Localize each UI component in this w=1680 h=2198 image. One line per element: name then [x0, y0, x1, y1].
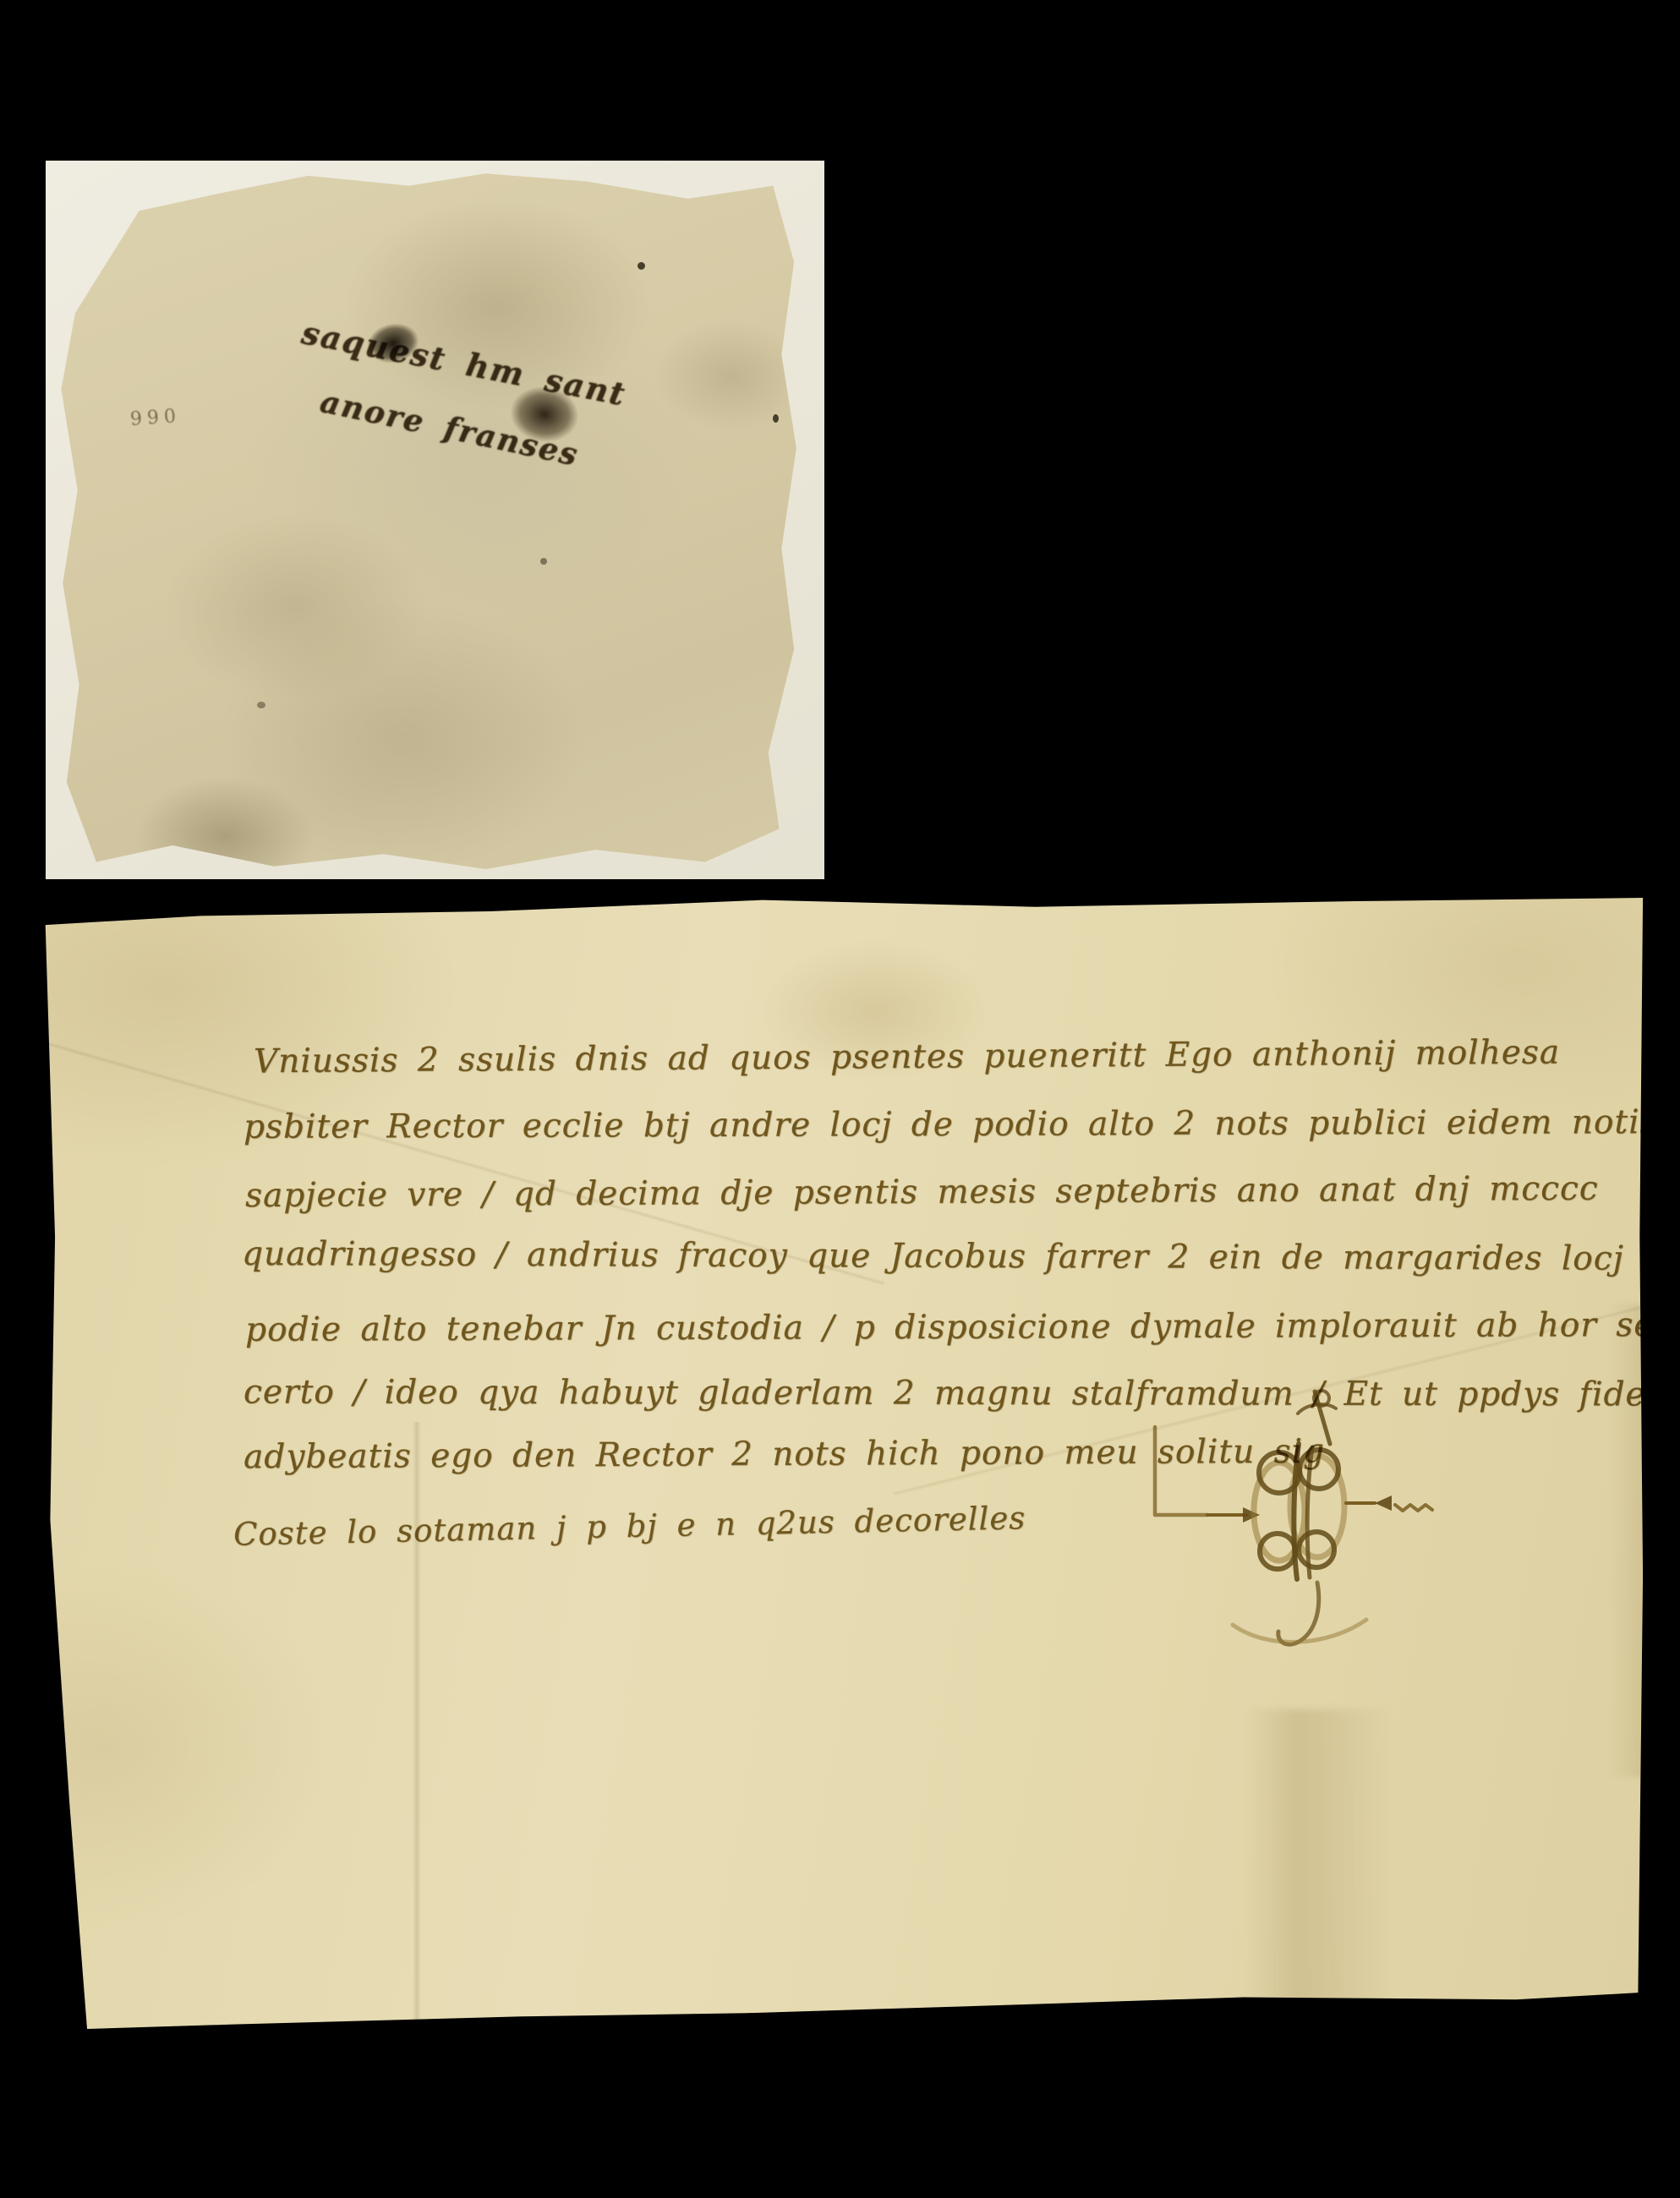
manuscript-line: certo / ideo qya habuyt gladerlam 2 magn… [244, 1374, 1678, 1414]
verso-fragment: saquest hm sant anore franses 990 [46, 161, 824, 879]
manuscript-line: quadringesso / andrius fracoy que Jacobu… [242, 1235, 1680, 1278]
verso-photo-backdrop: saquest hm sant anore franses 990 [46, 161, 824, 879]
ink-speck [638, 262, 645, 270]
docket-line: Coste lo sotaman j p bj e n q2us decorel… [233, 1500, 1026, 1553]
recto-document: Vniussis 2 ssulis dnis ad quos psentes p… [41, 898, 1644, 2029]
ink-speck [540, 558, 547, 565]
marginal-mark: 990 [129, 406, 182, 430]
ink-speck [257, 702, 265, 708]
ink-speck [773, 414, 779, 423]
manuscript-line: psbiter Rector ecclie btj andre locj de … [244, 1103, 1680, 1146]
manuscript-line: podie alto tenebar Jn custodia / p dispo… [245, 1306, 1654, 1349]
manuscript-line: sapjecie vre / qd decima dje psentis mes… [245, 1170, 1599, 1215]
edge-stain [1609, 1304, 1644, 1777]
notarial-signum-icon [1125, 1378, 1437, 1657]
manuscript-line: Vniussis 2 ssulis dnis ad quos psentes p… [254, 1034, 1560, 1081]
water-stain [1245, 1709, 1393, 2022]
